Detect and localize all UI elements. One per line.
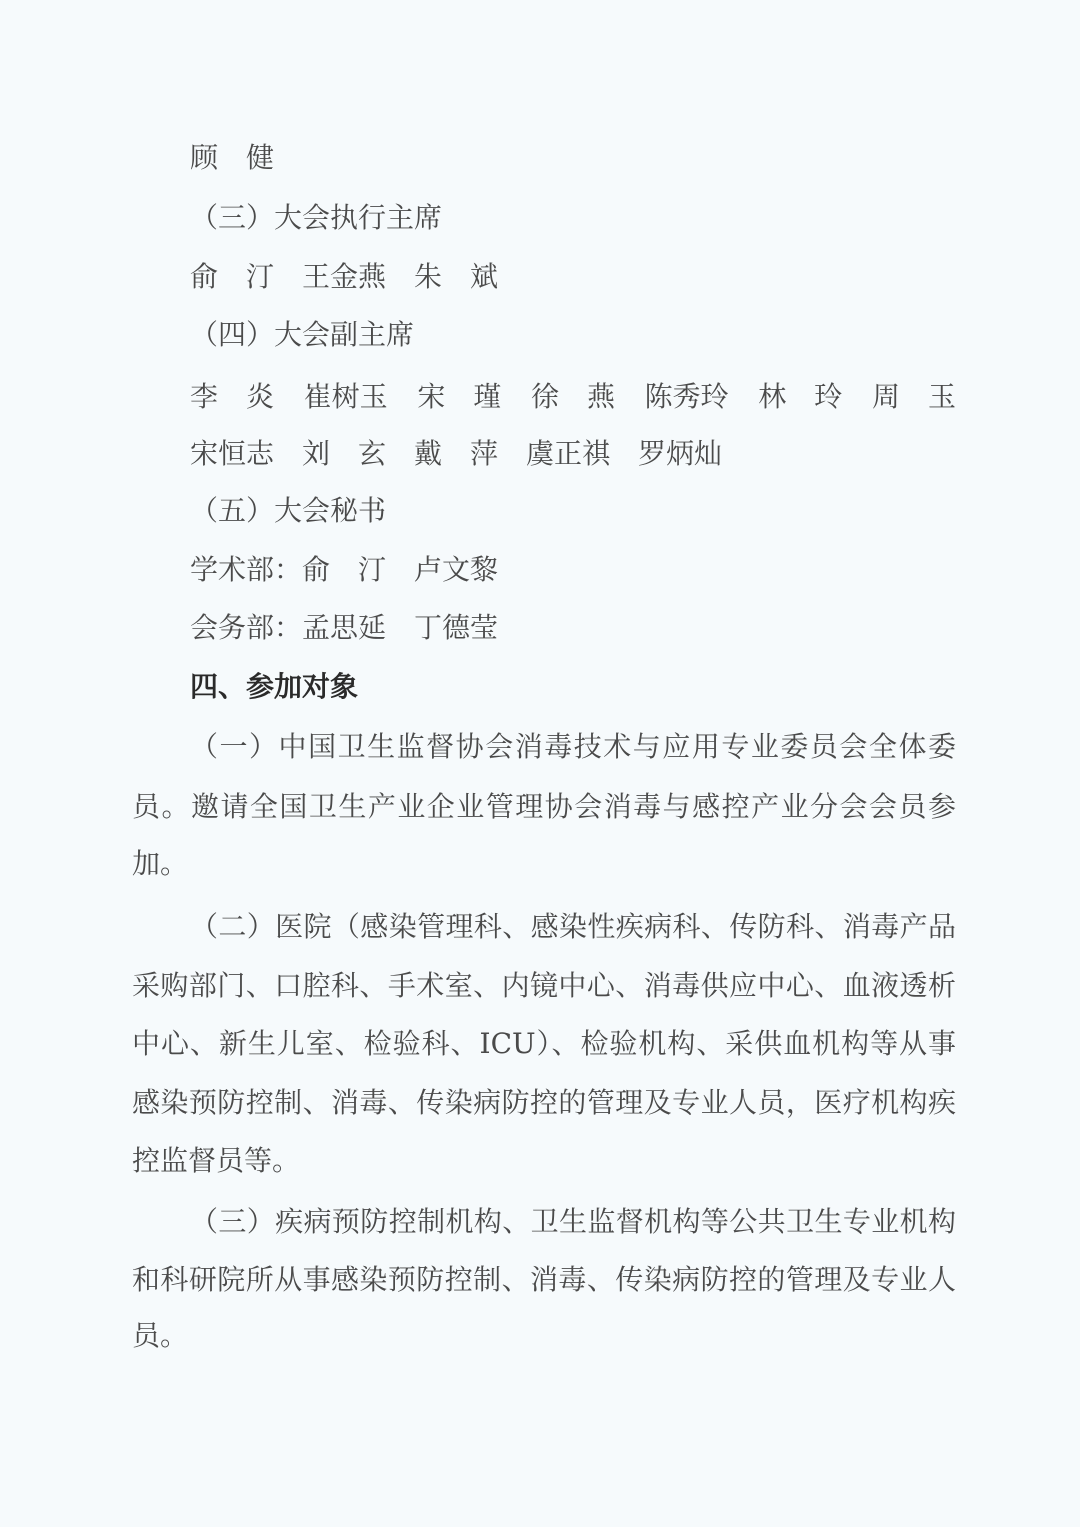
- item3-line: （三）疾病预防控制机构、卫生监督机构等公共卫生专业机构: [190, 1204, 956, 1240]
- item2-line: 采购部门、口腔科、手术室、内镜中心、消毒供应中心、血液透析: [132, 968, 956, 1004]
- item1-line: 加。: [132, 846, 188, 882]
- academic-dept-line: 学术部：俞 汀 卢文黎: [190, 552, 498, 588]
- vice-chair-name: 林 玲: [758, 379, 842, 415]
- vice-chair-names-line1: 李 炎 崔树玉 宋 瑾 徐 燕 陈秀玲 林 玲 周 玉: [190, 379, 956, 415]
- exec-chair-heading: （三）大会执行主席: [190, 200, 442, 236]
- vice-chair-name: 徐 燕: [531, 379, 615, 415]
- item2-line: （二）医院（感染管理科、感染性疾病科、传防科、消毒产品: [190, 909, 956, 945]
- item1-line: 员。邀请全国卫生产业企业管理协会消毒与感控产业分会会员参: [132, 789, 956, 825]
- vice-chair-name: 陈秀玲: [645, 379, 729, 415]
- section-four-heading: 四、参加对象: [190, 669, 358, 705]
- item2-line: 中心、新生儿室、检验科、ICU）、检验机构、采供血机构等从事: [132, 1026, 956, 1062]
- vice-chair-name: 宋 瑾: [417, 379, 501, 415]
- vice-chair-names-line2: 宋恒志 刘 玄 戴 萍 虞正祺 罗炳灿: [190, 436, 722, 472]
- item3-line: 和科研院所从事感染预防控制、消毒、传染病防控的管理及专业人: [132, 1262, 956, 1298]
- item2-line: 控监督员等。: [132, 1143, 300, 1179]
- vice-chair-name: 周 玉: [872, 379, 956, 415]
- item1-line: （一）中国卫生监督协会消毒技术与应用专业委员会全体委: [190, 729, 956, 765]
- item2-line: 感染预防控制、消毒、传染病防控的管理及专业人员，医疗机构疾: [132, 1085, 956, 1121]
- secretary-heading: （五）大会秘书: [190, 493, 386, 529]
- vice-chair-name: 李 炎: [190, 379, 274, 415]
- item3-line: 员。: [132, 1318, 188, 1354]
- vice-chair-heading: （四）大会副主席: [190, 317, 414, 353]
- advisor-name: 顾 健: [190, 140, 274, 176]
- exec-chair-names: 俞 汀 王金燕 朱 斌: [190, 259, 498, 295]
- affairs-dept-line: 会务部：孟思延 丁德莹: [190, 610, 498, 646]
- vice-chair-name: 崔树玉: [304, 379, 388, 415]
